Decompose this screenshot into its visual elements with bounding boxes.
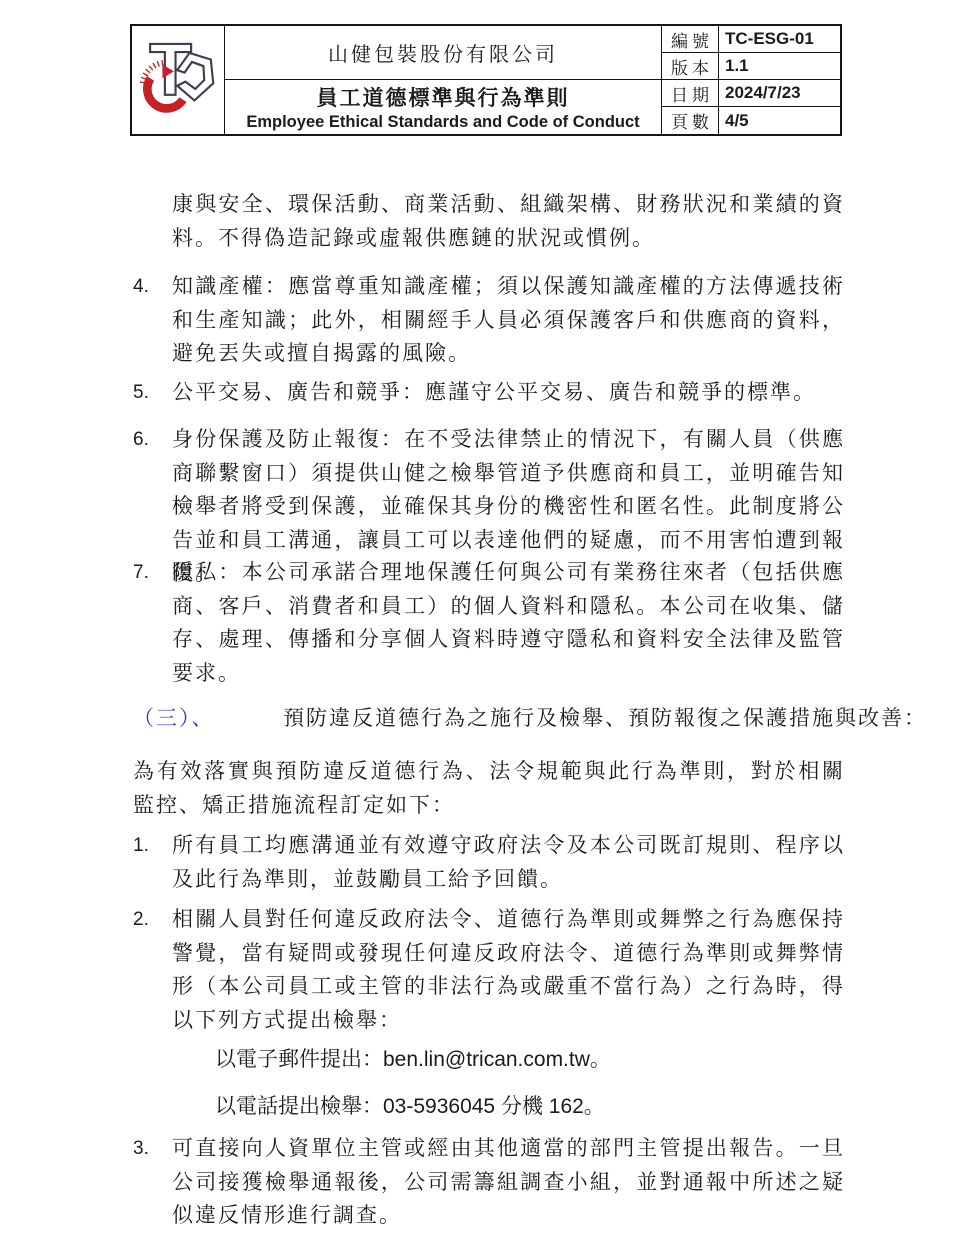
section-intro-paragraph: 為有效落實與預防違反道德行為、法令規範與此行為準則，對於相關監控、矯正措施流程訂… (133, 755, 845, 822)
report-channel-phone: 以電話提出檢舉：03-5936045 分機 162。 (215, 1090, 605, 1124)
document-page: 山健包裝股份有限公司 員工道德標準與行為準則 Employee Ethical … (0, 0, 970, 1256)
report-channel-email: 以電子郵件提出：ben.lin@trican.com.tw。 (215, 1043, 611, 1077)
continuation-paragraph: 康與安全、環保活動、商業活動、組織架構、財務狀況和業績的資料。不得偽造記錄或虛報… (133, 188, 845, 255)
item-number: 7. (133, 556, 149, 590)
list-item-7: 7. 隱私：本公司承諾合理地保護任何與公司有業務往來者（包括供應商、客戶、消費者… (133, 556, 845, 690)
list-item-3: 3. 可直接向人資單位主管或經由其他適當的部門主管提出報告。一旦公司接獲檢舉通報… (133, 1132, 845, 1233)
document-body: 康與安全、環保活動、商業活動、組織架構、財務狀況和業績的資料。不得偽造記錄或虛報… (133, 0, 845, 1256)
section-heading: （三）、 預防違反道德行為之施行及檢舉、預防報復之保護措施與改善： (133, 702, 845, 736)
item-number: 5. (133, 376, 149, 410)
list-item-1: 1. 所有員工均應溝通並有效遵守政府法令及本公司既訂規則、程序以及此行為準則，並… (133, 829, 845, 896)
item-text: 相關人員對任何違反政府法令、道德行為準則或舞弊之行為應保持警覺，當有疑問或發現任… (172, 903, 845, 1037)
item-number: 1. (133, 829, 149, 863)
item-number: 2. (133, 903, 149, 937)
item-text: 所有員工均應溝通並有效遵守政府法令及本公司既訂規則、程序以及此行為準則，並鼓勵員… (172, 829, 845, 896)
list-item-5: 5. 公平交易、廣告和競爭：應謹守公平交易、廣告和競爭的標準。 (133, 376, 845, 410)
item-text: 公平交易、廣告和競爭：應謹守公平交易、廣告和競爭的標準。 (172, 376, 845, 410)
item-number: 4. (133, 270, 149, 304)
section-marker: （三）、 (133, 706, 215, 730)
item-text: 隱私：本公司承諾合理地保護任何與公司有業務往來者（包括供應商、客戶、消費者和員工… (172, 556, 845, 690)
list-item-4: 4. 知識產權：應當尊重知識產權；須以保護知識產權的方法傳遞技術和生產知識；此外… (133, 270, 845, 371)
item-number: 6. (133, 423, 149, 457)
item-text: 知識產權：應當尊重知識產權；須以保護知識產權的方法傳遞技術和生產知識；此外，相關… (172, 270, 845, 371)
item-text: 可直接向人資單位主管或經由其他適當的部門主管提出報告。一旦公司接獲檢舉通報後，公… (172, 1132, 845, 1233)
section-title: 預防違反道德行為之施行及檢舉、預防報復之保護措施與改善： (283, 702, 927, 736)
item-number: 3. (133, 1132, 149, 1166)
list-item-2: 2. 相關人員對任何違反政府法令、道德行為準則或舞弊之行為應保持警覺，當有疑問或… (133, 903, 845, 1037)
